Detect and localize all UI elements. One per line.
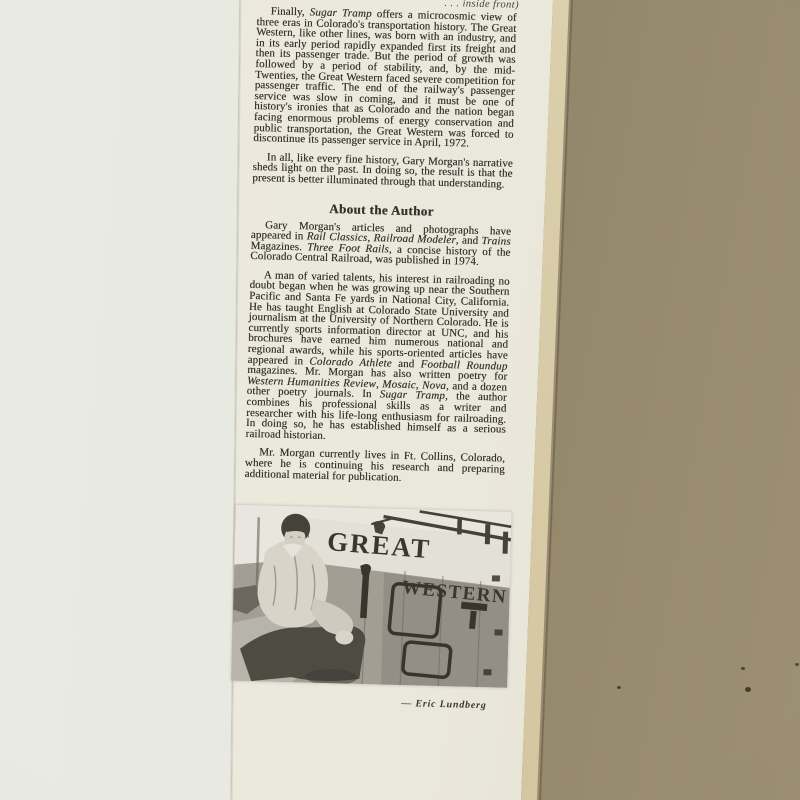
about-the-author-heading: About the Author — [251, 198, 511, 221]
author-photo-illustration: GREAT WESTERN — [231, 505, 512, 688]
flap-paragraph: In all, like every fine history, Gary Mo… — [252, 152, 513, 191]
flap-paragraph: Gary Morgan's articles and photographs h… — [250, 219, 511, 268]
flap-paragraph: Mr. Morgan currently lives in Ft. Collin… — [244, 447, 505, 486]
clipped-top-line: . . . inside front) — [444, 0, 519, 11]
flap-paragraph: Finally, Sugar Tramp offers a microcosmi… — [253, 6, 517, 150]
flap-text-blocks: Finally, Sugar Tramp offers a microcosmi… — [244, 0, 516, 486]
flap-content: . . . inside front) Finally, Sugar Tramp… — [239, 0, 519, 712]
author-photo: GREAT WESTERN — [231, 505, 512, 688]
book-photo-scene: . . . inside front) Finally, Sugar Tramp… — [0, 0, 800, 800]
flap-paragraph: A man of varied talents, his interest in… — [245, 270, 509, 446]
dust-specks — [617, 686, 621, 689]
